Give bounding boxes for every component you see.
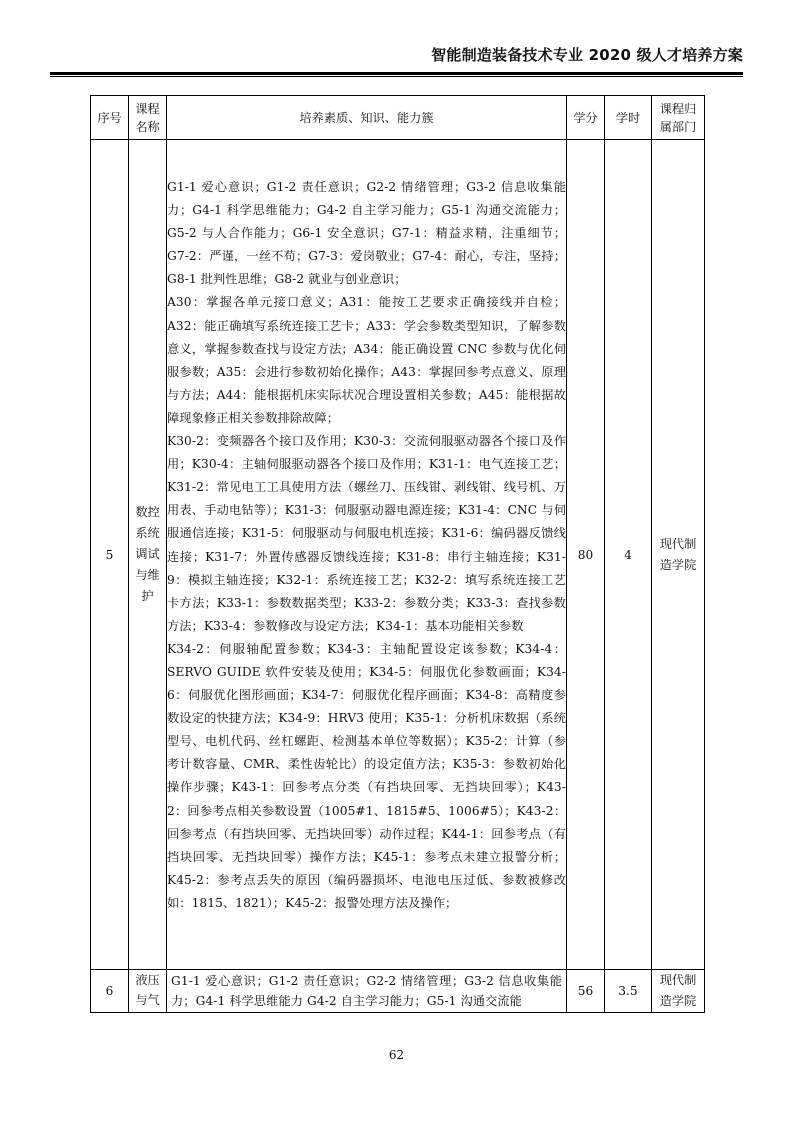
course-name-line: 与维	[129, 565, 166, 586]
row-number: 5	[91, 140, 129, 970]
header-double-rule	[50, 72, 743, 77]
row-number: 6	[91, 970, 129, 1013]
credits: 80	[567, 140, 605, 970]
competency-description: G1-1 爱心意识；G1-2 责任意识；G2-2 情绪管理；G3-2 信息收集能…	[167, 140, 567, 970]
hours: 3.5	[605, 970, 652, 1013]
hours: 4	[605, 140, 652, 970]
knowledge-goals-part1: K30-2：变频器各个接口及作用；K30-3：交流伺服驱动器各个接口及作用；K3…	[167, 430, 566, 638]
course-name: 液压 与气	[129, 970, 167, 1013]
header-credits: 学分	[567, 96, 605, 140]
department-line: 造学院	[652, 991, 704, 1012]
page-number: 62	[0, 1048, 793, 1062]
spacer	[167, 915, 566, 933]
header-course-name-line1: 课程	[129, 100, 166, 118]
department-line: 造学院	[652, 555, 704, 576]
table-row: 6 液压 与气 G1-1 爱心意识；G1-2 责任意识；G2-2 情绪管理；G3…	[91, 970, 705, 1013]
competency-description: G1-1 爱心意识；G1-2 责任意识；G2-2 情绪管理；G3-2 信息收集能…	[167, 970, 567, 1013]
header-hours: 学时	[605, 96, 652, 140]
course-name-line: 系统	[129, 523, 166, 544]
curriculum-table: 序号 课程 名称 培养素质、知识、能力簇 学分 学时 课程归 属部门 5 数控 …	[90, 95, 705, 1013]
department: 现代制 造学院	[652, 970, 705, 1013]
quality-goals: G1-1 爱心意识；G1-2 责任意识；G2-2 情绪管理；G3-2 信息收集能…	[171, 971, 562, 1011]
credits: 56	[567, 970, 605, 1013]
ability-goals: A30：掌握各单元接口意义；A31：能按工艺要求正确接线并自检；A32：能正确填…	[167, 291, 566, 430]
header-no: 序号	[91, 96, 129, 140]
course-name-line: 护	[129, 586, 166, 607]
course-name-line: 液压	[129, 970, 166, 990]
quality-goals: G1-1 爱心意识；G1-2 责任意识；G2-2 情绪管理；G3-2 信息收集能…	[167, 176, 566, 291]
department-line: 现代制	[652, 970, 704, 991]
document-header-title: 智能制造装备技术专业 2020 级人才培养方案	[431, 44, 743, 65]
course-name-line: 与气	[129, 990, 166, 1010]
department-line: 现代制	[652, 534, 704, 555]
table-row: 5 数控 系统 调试 与维 护 G1-1 爱心意识；G1-2 责任意识；G2-2…	[91, 140, 705, 970]
header-department-line2: 属部门	[652, 118, 704, 136]
header-course-name-line2: 名称	[129, 118, 166, 136]
header-department: 课程归 属部门	[652, 96, 705, 140]
header-course-name: 课程 名称	[129, 96, 167, 140]
course-name: 数控 系统 调试 与维 护	[129, 140, 167, 970]
course-name-line: 调试	[129, 544, 166, 565]
header-description: 培养素质、知识、能力簇	[167, 96, 567, 140]
header-department-line1: 课程归	[652, 100, 704, 118]
course-name-line: 数控	[129, 502, 166, 523]
knowledge-goals-part2: K34-2：伺服轴配置参数；K34-3：主轴配置设定该参数；K34-4：SERV…	[167, 638, 566, 915]
department: 现代制 造学院	[652, 140, 705, 970]
table-header-row: 序号 课程 名称 培养素质、知识、能力簇 学分 学时 课程归 属部门	[91, 96, 705, 140]
